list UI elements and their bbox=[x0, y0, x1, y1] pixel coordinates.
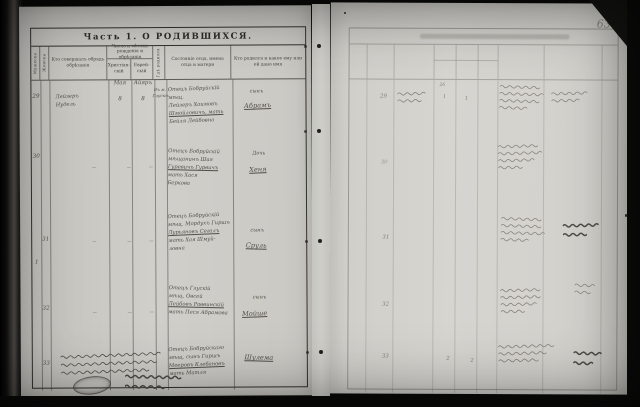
date-jewish: 8 bbox=[131, 96, 154, 102]
column-rule bbox=[432, 80, 434, 393]
date-jewish: 2 bbox=[470, 358, 473, 364]
column-rule bbox=[40, 81, 43, 391]
photo-right-edge bbox=[627, 0, 640, 407]
ditto-mark: — bbox=[150, 309, 154, 315]
column-rule bbox=[392, 80, 394, 393]
header-date-christian: Христіан- скій bbox=[108, 59, 131, 79]
column-rule bbox=[602, 46, 603, 80]
father-record: Отецъ Бобруйскаго мѣщ. сынъ Гиршъ Мееров… bbox=[168, 344, 232, 379]
performer-name: Лейзеръ Нудель bbox=[55, 92, 100, 110]
column-rule bbox=[108, 80, 111, 390]
binding-hole bbox=[317, 44, 321, 48]
section-title: Часть 1. О РОДИВШИХСЯ. bbox=[31, 27, 305, 46]
column-rule bbox=[49, 81, 52, 391]
hebrew-handwriting-block bbox=[498, 143, 543, 172]
dust-speck bbox=[625, 214, 627, 217]
column-rule bbox=[394, 45, 395, 79]
child-label: сынъ bbox=[237, 294, 281, 300]
binding-hole bbox=[304, 45, 307, 48]
faded-title-text bbox=[420, 34, 570, 40]
binding-hole bbox=[318, 239, 322, 243]
child-label: Дочь bbox=[237, 150, 281, 156]
entry-number: 33 bbox=[379, 354, 391, 360]
column-rule bbox=[154, 80, 157, 390]
entry-number: 30 bbox=[378, 160, 390, 166]
table-header-row: Мужеска Женска Кто совершалъ обрядъ обрѣ… bbox=[31, 45, 305, 80]
father-record: Отецъ Бобруйскій мѣщ. Мордухъ Гиршъ Лурь… bbox=[167, 211, 232, 254]
hebrew-handwriting-block bbox=[499, 84, 544, 113]
hebrew-handwriting-block bbox=[574, 282, 596, 297]
header-father: Состояніе отца, имена отца и матери bbox=[165, 46, 231, 79]
date-christian: 8 bbox=[108, 96, 131, 102]
column-rule bbox=[434, 45, 435, 79]
entry-number: 32 bbox=[42, 306, 51, 312]
child-name: Шулема bbox=[231, 353, 287, 362]
column-rule bbox=[454, 80, 456, 393]
column-rule bbox=[478, 45, 479, 79]
ditto-mark: — bbox=[128, 309, 132, 315]
father-record: Отецъ Бобруйскій мѣщ. Лейзеръ Хаимовъ Шм… bbox=[168, 84, 233, 127]
signature-scribble bbox=[125, 373, 183, 393]
entry-number: 29 bbox=[31, 94, 40, 100]
binding-hole bbox=[305, 240, 308, 243]
binding-hole bbox=[304, 130, 307, 133]
table-body: 29 26 1 1 30 31 32 33 2 bbox=[348, 79, 617, 393]
hebrew-handwriting-block bbox=[551, 90, 589, 105]
binding-hole bbox=[306, 351, 309, 354]
column-rule bbox=[476, 80, 478, 393]
date-subheader-rule bbox=[434, 60, 498, 61]
child-name: Хеня bbox=[232, 164, 284, 174]
hebrew-handwriting-block bbox=[500, 287, 543, 316]
ditto-mark: — bbox=[149, 238, 153, 244]
header-date-jewish: Еврей- скій bbox=[131, 59, 153, 79]
column-rule bbox=[365, 80, 367, 393]
header-no-male: Мужеска bbox=[31, 47, 40, 80]
birth-register-table: Часть 1. О РОДИВШИХСЯ. Мужеска Женска Кт… bbox=[30, 26, 308, 388]
child-name: Абрамъ bbox=[231, 100, 283, 110]
child-name: Мойше bbox=[228, 308, 280, 318]
ditto-mark: — bbox=[93, 309, 97, 315]
father-record: Отецъ Бобруйскій мѣщанинъ Шая Гуревичъ Г… bbox=[167, 147, 231, 189]
ditto-mark: — bbox=[149, 164, 153, 170]
binding-hole bbox=[317, 129, 321, 133]
column-rule bbox=[131, 80, 134, 390]
dust-speck bbox=[344, 12, 346, 14]
right-page: 63 bbox=[329, 2, 629, 394]
entry-number: 32 bbox=[380, 302, 392, 308]
date-jewish: 1 bbox=[455, 96, 477, 102]
entry-number: 31 bbox=[41, 237, 50, 243]
photo-bottom-edge bbox=[0, 396, 640, 407]
column-rule bbox=[600, 81, 602, 394]
where-born: Въ м. Глускѣ bbox=[152, 87, 167, 99]
month-christian: Мая bbox=[108, 80, 131, 86]
cursive-note bbox=[397, 90, 427, 105]
hebrew-register-table: 29 26 1 1 30 31 32 33 2 bbox=[347, 27, 619, 390]
ditto-mark: — bbox=[92, 238, 96, 244]
ditto-mark: — bbox=[127, 238, 131, 244]
date-mark: 26 bbox=[439, 83, 445, 88]
child-label: сынъ bbox=[234, 88, 278, 94]
faded-header-row bbox=[350, 44, 618, 80]
child-name: Сруль bbox=[230, 241, 282, 250]
column-rule bbox=[232, 80, 235, 390]
entry-number: 31 bbox=[380, 235, 392, 241]
date-christian: 1 bbox=[433, 94, 455, 100]
header-dates-group: Число и мѣсяцъ рожденія и обрѣзанія Хрис… bbox=[108, 46, 154, 79]
faded-title-row bbox=[350, 28, 618, 45]
binding-gap bbox=[312, 4, 330, 396]
ditto-mark: — bbox=[127, 164, 131, 170]
scanned-register-photo: Часть 1. О РОДИВШИХСЯ. Мужеска Женска Кт… bbox=[0, 0, 640, 407]
signature-scribble bbox=[573, 350, 604, 369]
ditto-mark: — bbox=[92, 164, 96, 170]
header-where-born: Гдѣ родился bbox=[153, 46, 165, 79]
header-no-female: Женска bbox=[40, 47, 49, 80]
stray-mark: 1 bbox=[32, 260, 41, 266]
header-performer: Кто совершалъ обрядъ обрѣзанія bbox=[49, 46, 108, 79]
month-jewish: Айяръ bbox=[131, 80, 154, 86]
reference-scrawl bbox=[563, 222, 600, 240]
hebrew-handwriting-block bbox=[500, 216, 545, 245]
column-rule bbox=[544, 45, 545, 79]
column-rule bbox=[456, 45, 457, 79]
hebrew-handwriting-block bbox=[498, 342, 555, 365]
header-dates-label: Число и мѣсяцъ рожденія и обрѣзанія bbox=[108, 46, 153, 59]
header-child: Кто родился и какое ему или ей дано имя bbox=[231, 45, 306, 78]
column-rule bbox=[498, 45, 499, 79]
father-record: Отецъ Глускій мѣщ. Овсей Лейбовъ Раввинс… bbox=[168, 284, 232, 318]
entry-number: 33 bbox=[42, 361, 51, 367]
left-page: Часть 1. О РОДИВШИХСЯ. Мужеска Женска Кт… bbox=[19, 5, 313, 397]
table-body: Мая Айяръ 29 Лейзеръ Нудель 8 8 Въ м. Гл… bbox=[31, 79, 307, 390]
column-rule bbox=[367, 45, 368, 79]
date-christian: 2 bbox=[446, 356, 449, 362]
child-label: сынъ bbox=[235, 227, 279, 233]
binding-hole bbox=[319, 350, 323, 354]
entry-number: 30 bbox=[32, 154, 41, 160]
entry-number: 29 bbox=[377, 94, 389, 100]
